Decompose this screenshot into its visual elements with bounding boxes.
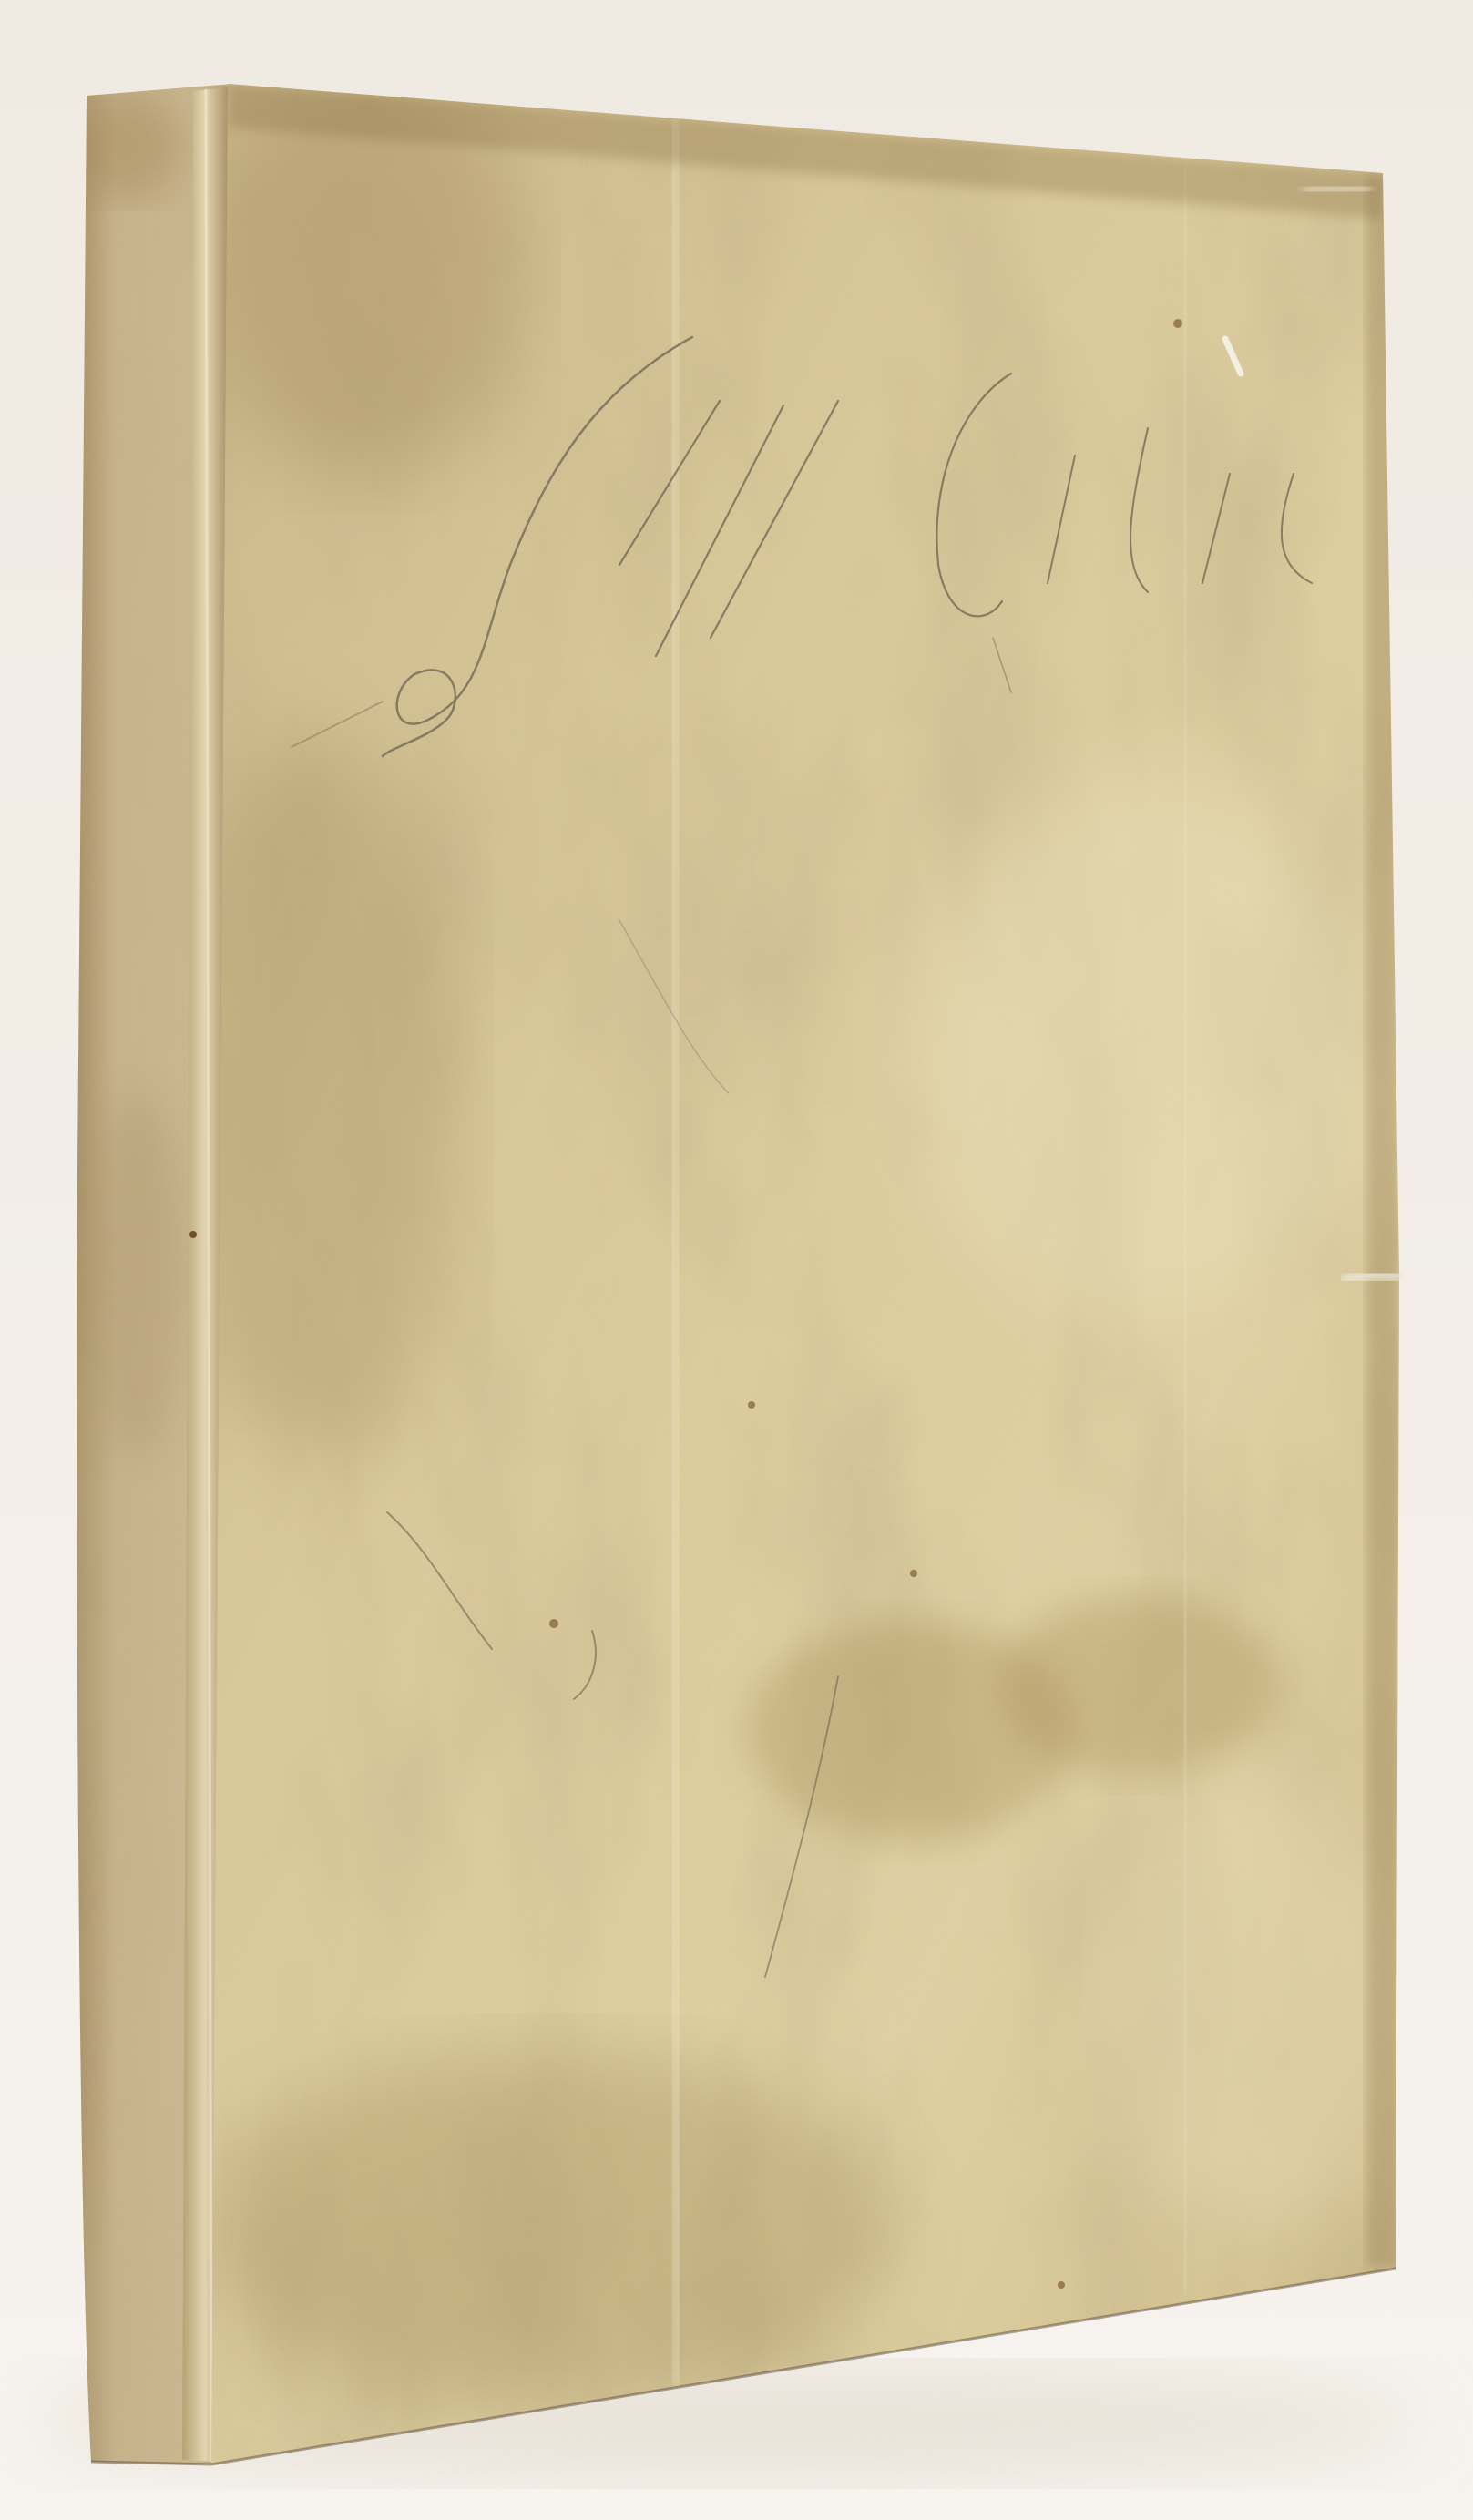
book-spine — [73, 82, 237, 2469]
spine-dark-spot — [189, 1231, 197, 1238]
book-illustration — [0, 0, 1473, 2520]
center-crease — [672, 118, 679, 2387]
product-photo: Antique limp vellum-bound book, standing… — [0, 0, 1473, 2520]
front-cover — [173, 73, 1412, 2478]
fore-edge-nick — [1346, 1274, 1398, 1280]
